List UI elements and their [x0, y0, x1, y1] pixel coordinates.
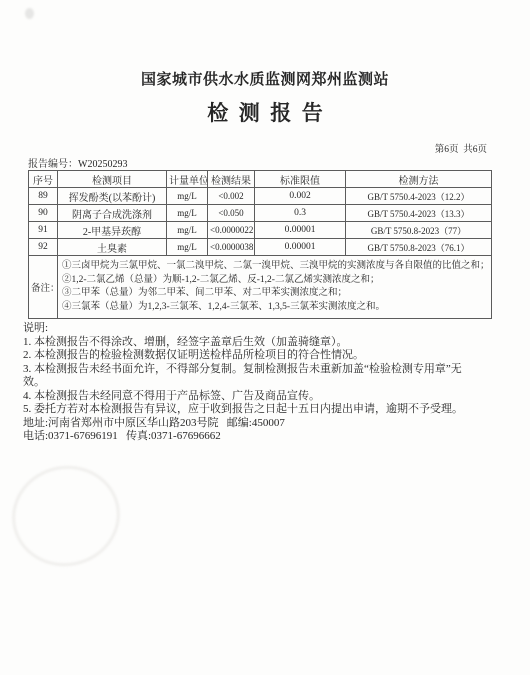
- column-header-unit: 计量单位: [167, 171, 208, 188]
- scan-smudge: [25, 8, 34, 19]
- report-number-value: W20250293: [78, 159, 127, 170]
- note-item-2: 2. 本检测报告的检验检测数据仅证明送检样品所检项目的符合性情况。: [23, 349, 478, 363]
- remark-content: ①三卤甲烷为三氯甲烷、一氯二溴甲烷、二氯一溴甲烷、三溴甲烷的实测浓度与各自限值的…: [58, 256, 492, 319]
- column-header-seq: 序号: [29, 171, 58, 188]
- page-number: 第6页 共6页: [435, 141, 487, 155]
- cell-method: GB/T 5750.4-2023（12.2）: [346, 188, 492, 205]
- cell-method: GB/T 5750.8-2023（77）: [346, 222, 492, 239]
- cell-seq: 92: [29, 239, 58, 256]
- cell-limit: 0.3: [255, 205, 346, 222]
- note-item-4: 4. 本检测报告未经同意不得用于产品标签、广告及商品宣传。: [23, 390, 478, 404]
- stamp-ghost: [3, 456, 129, 576]
- cell-unit: mg/L: [167, 222, 208, 239]
- column-header-method: 检测方法: [346, 171, 492, 188]
- cell-unit: mg/L: [167, 188, 208, 205]
- column-header-result: 检测结果: [208, 171, 255, 188]
- cell-unit: mg/L: [167, 239, 208, 256]
- report-title: 检 测 报 告: [0, 97, 530, 127]
- cell-limit: 0.002: [255, 188, 346, 205]
- cell-item: 挥发酚类(以苯酚计): [58, 188, 167, 205]
- notes-section: 说明: 1. 本检测报告不得涂改、增删，经签字盖章后生效（加盖骑缝章）。 2. …: [23, 322, 478, 444]
- cell-method: GB/T 5750.8-2023（76.1）: [346, 239, 492, 256]
- report-page: 国家城市供水水质监测网郑州监测站 检 测 报 告 第6页 共6页 报告编号：W2…: [0, 0, 530, 675]
- cell-limit: 0.00001: [255, 222, 346, 239]
- cell-item: 2-甲基异莰醇: [58, 222, 167, 239]
- note-item-3: 3. 本检测报告未经书面允许，不得部分复制。复制检测报告未重新加盖“检验检测专用…: [23, 363, 478, 390]
- report-number-label: 报告编号：: [28, 159, 78, 170]
- report-number: 报告编号：W20250293: [28, 155, 127, 170]
- notes-heading: 说明:: [23, 322, 478, 336]
- table-row: 91 2-甲基异莰醇 mg/L <0.0000022 0.00001 GB/T …: [29, 222, 492, 239]
- cell-seq: 90: [29, 205, 58, 222]
- column-header-limit: 标准限值: [255, 171, 346, 188]
- cell-result: <0.050: [208, 205, 255, 222]
- column-header-item: 检测项目: [58, 171, 167, 188]
- cell-item: 土臭素: [58, 239, 167, 256]
- remark-label: 备注：: [29, 256, 58, 319]
- remark-line: ③二甲苯（总量）为邻二甲苯、间二甲苯、对二甲苯实测浓度之和；: [62, 287, 487, 301]
- cell-method: GB/T 5750.4-2023（13.3）: [346, 205, 492, 222]
- remark-line: ①三卤甲烷为三氯甲烷、一氯二溴甲烷、二氯一溴甲烷、三溴甲烷的实测浓度与各自限值的…: [62, 260, 487, 274]
- address-line: 地址:河南省郑州市中原区华山路203号院 邮编:450007: [23, 417, 478, 431]
- remark-line: ②1,2-二氯乙烯（总量）为顺-1,2-二氯乙烯、反-1,2-二氯乙烯实测浓度之…: [62, 274, 487, 288]
- cell-limit: 0.00001: [255, 239, 346, 256]
- table-row: 89 挥发酚类(以苯酚计) mg/L <0.002 0.002 GB/T 575…: [29, 188, 492, 205]
- table-header-row: 序号 检测项目 计量单位 检测结果 标准限值 检测方法: [29, 171, 492, 188]
- cell-result: <0.0000038: [208, 239, 255, 256]
- cell-unit: mg/L: [167, 205, 208, 222]
- cell-item: 阴离子合成洗涤剂: [58, 205, 167, 222]
- cell-result: <0.0000022: [208, 222, 255, 239]
- table-row: 92 土臭素 mg/L <0.0000038 0.00001 GB/T 5750…: [29, 239, 492, 256]
- org-title: 国家城市供水水质监测网郑州监测站: [0, 68, 530, 89]
- table-row: 90 阴离子合成洗涤剂 mg/L <0.050 0.3 GB/T 5750.4-…: [29, 205, 492, 222]
- cell-result: <0.002: [208, 188, 255, 205]
- cell-seq: 89: [29, 188, 58, 205]
- remark-row: 备注： ①三卤甲烷为三氯甲烷、一氯二溴甲烷、二氯一溴甲烷、三溴甲烷的实测浓度与各…: [29, 256, 492, 319]
- phone-line: 电话:0371-67696191 传真:0371-67696662: [23, 430, 478, 444]
- note-item-5: 5. 委托方若对本检测报告有异议，应于收到报告之日起十五日内提出申请，逾期不予受…: [23, 403, 478, 417]
- remark-line: ④三氯苯（总量）为1,2,3-三氯苯、1,2,4-三氯苯、1,3,5-三氯苯实测…: [62, 301, 487, 315]
- note-item-1: 1. 本检测报告不得涂改、增删，经签字盖章后生效（加盖骑缝章）。: [23, 336, 478, 350]
- cell-seq: 91: [29, 222, 58, 239]
- results-table: 序号 检测项目 计量单位 检测结果 标准限值 检测方法 89 挥发酚类(以苯酚计…: [28, 170, 492, 319]
